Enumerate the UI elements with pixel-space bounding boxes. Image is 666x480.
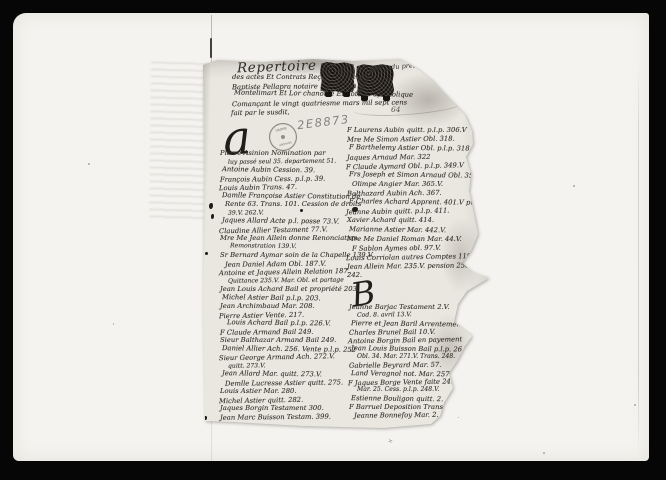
- entry-line: Jean Louis Buisson Bail p.l.p. 26.V.: [351, 344, 497, 354]
- entry-line: Demlle Lucresse Astier quitt. 275.: [225, 378, 360, 388]
- archive-stamp-center: [281, 135, 286, 140]
- ink-blot: [211, 214, 214, 219]
- dust-speck: [113, 323, 114, 325]
- backing-sheet: × Repertoire du presen des actes Et Cont…: [13, 13, 649, 461]
- ink-blot: [209, 203, 213, 209]
- entry-line: Estienne Bouligon quitt. 2.: [351, 394, 497, 404]
- pencil-check-mark: ×: [387, 437, 394, 444]
- ink-blot: [205, 252, 208, 255]
- entry-line: Pierre Asinion Nomination par: [220, 149, 360, 158]
- entry-line: Damlle Françoise Astier Constitution de: [222, 191, 362, 201]
- entry-line: Mre Me Daniel Roman Mar. 44.V.: [347, 235, 495, 244]
- header-fragment: du presen: [391, 61, 425, 71]
- entry-line: Xavier Achard quitt. 414.: [347, 216, 495, 225]
- tax-stamp-foot: [325, 92, 332, 97]
- entry-line: F Claude Armand Bail 249.: [220, 327, 360, 337]
- bleed-through-left: [149, 58, 209, 224]
- tax-stamp-right: [356, 64, 395, 98]
- entry-line: Remonstration 139.V.: [230, 242, 362, 252]
- entry-line: Michel Astier Bail p.l.p. 203.: [222, 293, 362, 303]
- entry-line: Jean Marc Buisson Testam. 399.: [220, 412, 360, 422]
- entries-column-left: Pierre Asinion Nomination parluy passé s…: [220, 149, 360, 421]
- tax-stamp-left: [320, 62, 356, 94]
- tax-stamp-foot: [343, 92, 350, 97]
- entry-line: Sieur Balthazar Armand Bail 249.: [220, 336, 360, 345]
- entry-line: F Sablon Aymes obl. 97.V.: [352, 243, 495, 254]
- sheet-edge-line: [638, 68, 639, 458]
- entry-line: Claudine Allier Testament 77.V.: [219, 224, 359, 235]
- entry-line: F Laurens Aubin quitt. p.l.p. 306.V: [347, 126, 495, 135]
- entry-line: Jean Allein Mar. 235.V. pension 256.34: [347, 261, 495, 272]
- manuscript-page: Repertoire du presen des actes Et Contra…: [203, 55, 495, 429]
- dust-speck: [573, 185, 575, 187]
- entry-line: Jean Louis Achard Bail et propriété 203.: [220, 285, 360, 294]
- entries-column-right-b: Jeanne Barjac Testament 2.V.Cod. 8. avri…: [349, 303, 495, 420]
- dust-speck: [634, 404, 636, 406]
- entry-line: Rente 63. Trans. 101. Cession de droits: [225, 200, 360, 209]
- entry-line: Quittance 235.V. Mar. Obl. et partage: [228, 276, 360, 286]
- ink-blot: [204, 416, 207, 420]
- archive-stamp-text-top: DROME: [274, 126, 287, 133]
- entries-column-right-a: F Laurens Aubin quitt. p.l.p. 306.VMre M…: [347, 126, 495, 280]
- entry-line: 242.: [347, 271, 495, 280]
- entry-line: Marianne Astier Mar. 442.V.: [349, 225, 497, 236]
- film-background: × Repertoire du presen des actes Et Cont…: [0, 0, 666, 480]
- manuscript-page-wrap: Repertoire du presen des actes Et Contra…: [203, 55, 495, 429]
- dust-speck: [88, 163, 90, 165]
- dust-speck: [543, 452, 545, 454]
- entry-line: Sr Bernard Aymar soin de la Chapelle 139…: [220, 251, 360, 260]
- archive-stamp-text-bottom: ARCHIVES: [279, 142, 290, 147]
- entry-line: Michel Astier quitt. 282.: [219, 394, 359, 405]
- entry-line: F Jaques Borge Vente faite 24.: [348, 377, 494, 388]
- entry-line: Jeanne Bonnefoy Mar. 2.: [354, 411, 495, 421]
